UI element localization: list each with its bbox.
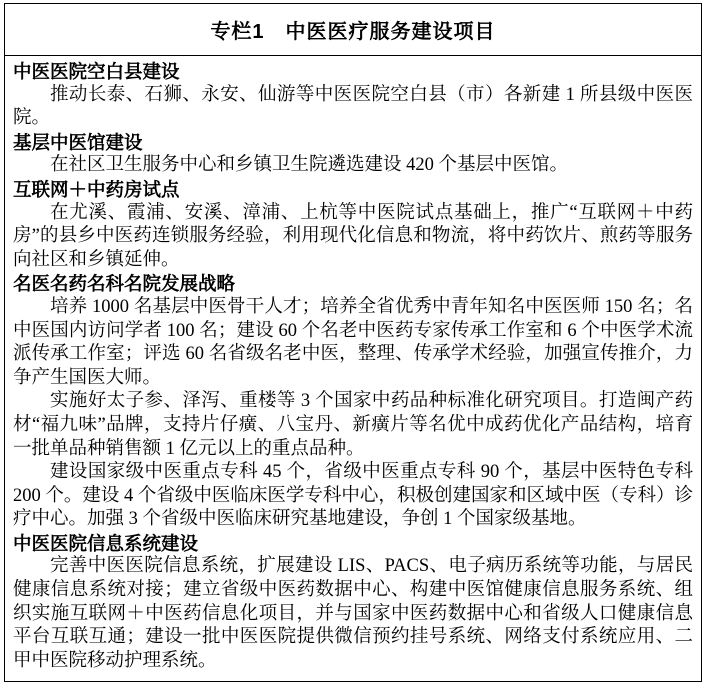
panel-title-row: 专栏1 中医医疗服务建设项目 — [5, 4, 701, 56]
section-paragraph: 推动长泰、石狮、永安、仙游等中医医院空白县（市）各新建 1 所县级中医医院。 — [13, 84, 693, 131]
section-heading-internet-pharmacy-pilot: 互联网＋中药房试点 — [13, 178, 693, 202]
section-paragraph: 在社区卫生服务中心和乡镇卫生院遴选建设 420 个基层中医馆。 — [13, 154, 693, 178]
panel-title: 专栏1 中医医疗服务建设项目 — [210, 15, 495, 44]
section-heading-grassroots-tcm-clinics: 基层中医馆建设 — [13, 131, 693, 155]
section-heading-blank-county-hospitals: 中医医院空白县建设 — [13, 60, 693, 84]
section-paragraph: 培养 1000 名基层中医骨干人才；培养全省优秀中青年知名中医医师 150 名；… — [13, 296, 693, 390]
section-paragraph: 建设国家级中医重点专科 45 个，省级中医重点专科 90 个，基层中医特色专科 … — [13, 461, 693, 532]
panel-body: 中医医院空白县建设 推动长泰、石狮、永安、仙游等中医医院空白县（市）各新建 1 … — [5, 56, 701, 673]
special-column-panel: 专栏1 中医医疗服务建设项目 中医医院空白县建设 推动长泰、石狮、永安、仙游等中… — [4, 3, 702, 682]
section-heading-famous-development-strategy: 名医名药名科名院发展战略 — [13, 272, 693, 296]
section-paragraph: 实施好太子参、泽泻、重楼等 3 个国家中药品种标准化研究项目。打造闽产药材“福九… — [13, 390, 693, 461]
section-paragraph: 在尤溪、霞浦、安溪、漳浦、上杭等中医院试点基础上，推广“互联网＋中药房”的县乡中… — [13, 202, 693, 273]
section-heading-hospital-info-systems: 中医医院信息系统建设 — [13, 532, 693, 556]
section-paragraph: 完善中医医院信息系统，扩展建设 LIS、PACS、电子病历系统等功能，与居民健康… — [13, 555, 693, 673]
